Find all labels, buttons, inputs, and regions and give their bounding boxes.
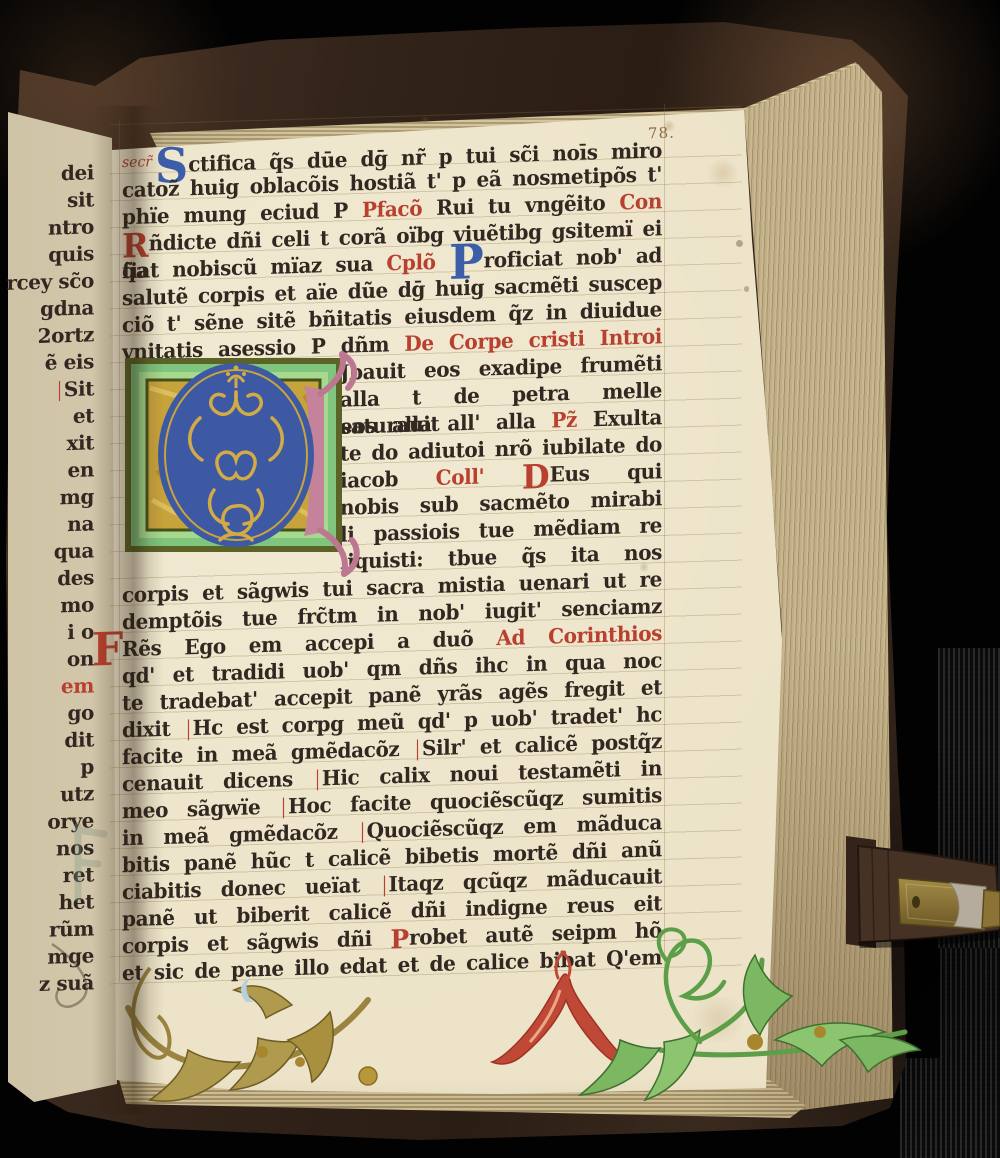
text-segment: ret xyxy=(63,862,94,887)
facing-line: i o xyxy=(4,618,104,648)
facing-line: mo xyxy=(4,591,104,621)
facing-line: go xyxy=(4,699,104,729)
text-segment: gdna xyxy=(40,295,94,321)
text-segment: | xyxy=(382,871,386,898)
text-segment: dixit xyxy=(122,716,184,743)
text-segment: | xyxy=(416,735,420,762)
text-segment: | xyxy=(282,793,286,820)
facing-line: gdna xyxy=(4,294,104,324)
text-segment: go xyxy=(67,700,94,725)
text-segment: | xyxy=(58,376,62,402)
text-segment: des xyxy=(57,565,94,590)
facing-line: ret xyxy=(4,861,104,891)
text-segment: utz xyxy=(60,781,94,806)
facing-line: rcey sc̃o xyxy=(4,267,104,297)
facing-line: et xyxy=(4,402,104,432)
facing-line: on xyxy=(4,645,104,675)
facing-line: utz xyxy=(4,780,104,810)
text-segment: roficiat nob' ad xyxy=(484,242,662,272)
facing-line: na xyxy=(4,510,104,540)
text-segment: rũm xyxy=(49,916,94,941)
facing-line: sit xyxy=(4,186,104,216)
facing-line: nos xyxy=(4,834,104,864)
facing-line: xit xyxy=(4,429,104,459)
text-segment: rcey sc̃o xyxy=(6,268,94,295)
facing-line: |Sit xyxy=(4,375,104,405)
facing-line: qua xyxy=(4,537,104,567)
ruling-line-vertical xyxy=(664,104,665,966)
text-segment: xit xyxy=(66,430,94,455)
text-segment: p xyxy=(80,754,94,778)
facing-line: het xyxy=(4,888,104,918)
facing-page-text: deisitntroquisrcey sc̃ogdna2ortzẽ eis|Si… xyxy=(4,159,104,1002)
text-segment: em xyxy=(61,673,94,698)
facing-line: des xyxy=(4,564,104,594)
text-segment: et xyxy=(73,403,94,428)
text-segment: het xyxy=(59,889,94,914)
text-segment: meo sãgwïe xyxy=(122,794,279,824)
text-segment: Eus qui xyxy=(550,458,662,486)
text-segment: Pfacõ xyxy=(362,195,436,222)
text-segment: en xyxy=(68,457,94,482)
facing-line: en xyxy=(4,456,104,486)
facing-line: em xyxy=(4,672,104,702)
facing-line: rũm xyxy=(4,915,104,945)
facing-line: z suã xyxy=(4,969,104,999)
text-segment: orye xyxy=(47,808,94,833)
text-segment: sit xyxy=(67,187,94,212)
text-segment: Sit xyxy=(64,376,94,401)
facing-line: dit xyxy=(4,726,104,756)
facing-line: ntro xyxy=(4,213,104,243)
text-segment: | xyxy=(360,817,364,844)
facing-line: mg xyxy=(4,483,104,513)
manuscript-photo: 78. secr̃Sctifica q̃s dūe dḡ nr̃ p tui s… xyxy=(0,0,1000,1158)
text-segment: 2ortz xyxy=(38,322,94,348)
marginal-rubric: secr̃ xyxy=(122,154,152,172)
facing-line: mge xyxy=(4,942,104,972)
ruling-line-vertical xyxy=(119,120,120,982)
text-segment: mo xyxy=(60,592,94,617)
text-segment: Cplõ xyxy=(386,249,449,276)
text-segment: z suã xyxy=(39,970,94,996)
text-segment: | xyxy=(186,714,190,741)
text-block: secr̃Sctifica q̃s dūe dḡ nr̃ p tui sc̃i … xyxy=(122,134,662,990)
text-segment: nos xyxy=(56,835,94,860)
text-segment: Coll' xyxy=(436,463,522,491)
text-segment: na xyxy=(67,511,94,536)
text-segment: on xyxy=(67,646,94,671)
facing-line: ẽ eis xyxy=(4,348,104,378)
facing-line: orye xyxy=(4,807,104,837)
text-segment: | xyxy=(315,765,319,792)
facing-line: dei xyxy=(4,159,104,189)
text-segment: qua xyxy=(54,538,94,563)
text-segment: dit xyxy=(64,727,94,752)
text-segment: iacob xyxy=(340,465,436,493)
text-segment: dei xyxy=(61,160,94,185)
text-segment: Con xyxy=(619,188,662,214)
text-segment: Exulta xyxy=(593,404,662,431)
facing-line: p xyxy=(4,753,104,783)
text-segment: quis xyxy=(48,241,94,266)
text-segment: ntro xyxy=(48,214,94,239)
facing-line: quis xyxy=(4,240,104,270)
text-segment: i o xyxy=(67,619,94,644)
text-segment: mg xyxy=(60,484,94,509)
text-segment: ẽ eis xyxy=(45,349,94,374)
text-segment: Ad Corinthios xyxy=(496,620,662,650)
text-segment: Pz̃ xyxy=(551,407,593,433)
facing-line: 2ortz xyxy=(4,321,104,351)
text-segment: mge xyxy=(47,943,94,968)
